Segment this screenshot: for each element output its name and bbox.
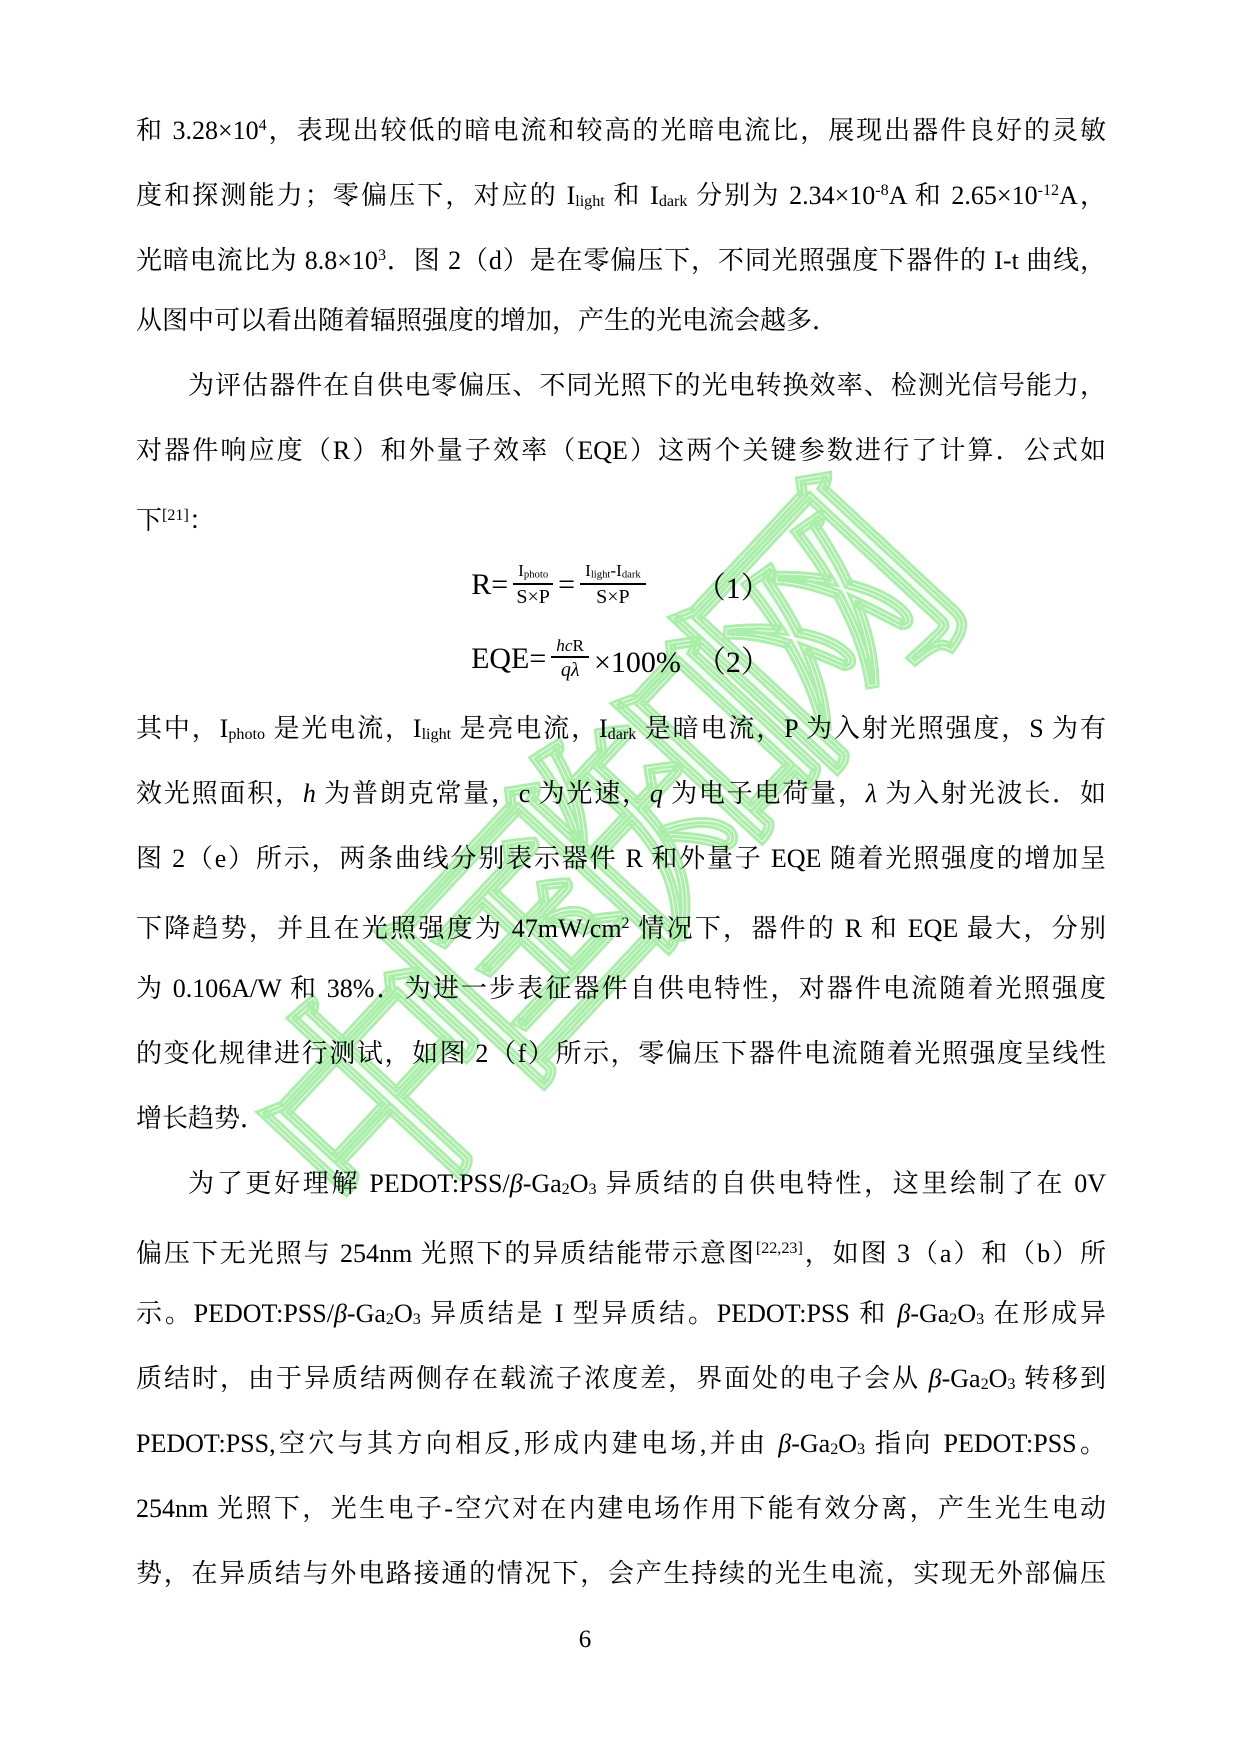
text-line: 增长趋势． [136,1086,1106,1151]
text-line: 其中，Iphoto 是光电流，Ilight 是亮电流，Idark 是暗电流，P … [136,696,1106,761]
paragraph: 和 3.28×104，表现出较低的暗电流和较高的光暗电流比，展现出器件良好的灵敏… [136,93,1106,353]
text-line: 下降趋势，并且在光照强度为 47mW/cm2 情况下，器件的 R 和 EQE 最… [136,891,1106,956]
text-line: 度和探测能力；零偏压下，对应的 Ilight 和 Idark 分别为 2.34×… [136,158,1106,223]
text-line: 图 2（e）所示，两条曲线分别表示器件 R 和外量子 EQE 随着光照强度的增加… [136,826,1106,891]
paragraph: 为了更好理解 PEDOT:PSS/β-Ga2O3 异质结的自供电特性，这里绘制了… [136,1151,1106,1606]
paragraph: 其中，Iphoto 是光电流，Ilight 是亮电流，Idark 是暗电流，P … [136,696,1106,1151]
text-line: 为 0.106A/W 和 38%．为进一步表征器件自供电特性，对器件电流随着光照… [136,956,1106,1021]
document-body: 和 3.28×104，表现出较低的暗电流和较高的光暗电流比，展现出器件良好的灵敏… [136,93,1106,1606]
text-line: 质结时，由于异质结两侧存在载流子浓度差，界面处的电子会从 β-Ga2O3 转移到 [136,1346,1106,1411]
equation-line: EQE=hcRqλ×100% （2） [136,622,1106,696]
fraction: hcRqλ [551,636,589,683]
text-line: 为了更好理解 PEDOT:PSS/β-Ga2O3 异质结的自供电特性，这里绘制了… [136,1151,1106,1216]
paragraph: 为评估器件在自供电零偏压、不同光照下的光电转换效率、检测光信号能力，对器件响应度… [136,353,1106,548]
fraction: Ilight-IdarkS×P [580,561,646,609]
text-line: 为评估器件在自供电零偏压、不同光照下的光电转换效率、检测光信号能力， [136,353,1106,418]
text-line: 下[21]： [136,483,1106,548]
page-number: 6 [136,1622,1106,1658]
text-line: 示。PEDOT:PSS/β-Ga2O3 异质结是 I 型异质结。PEDOT:PS… [136,1281,1106,1346]
equation-block: R=IphotoS×P=Ilight-IdarkS×P （1）EQE=hcRqλ… [136,548,1106,696]
text-line: 254nm 光照下，光生电子-空穴对在内建电场作用下能有效分离，产生光生电动 [136,1476,1106,1541]
text-line: 光暗电流比为 8.8×103．图 2（d）是在零偏压下，不同光照强度下器件的 I… [136,223,1106,288]
fraction: IphotoS×P [513,561,553,609]
text-line: 对器件响应度（R）和外量子效率（EQE）这两个关键参数进行了计算．公式如 [136,418,1106,483]
text-line: 的变化规律进行测试，如图 2（f）所示，零偏压下器件电流随着光照强度呈线性 [136,1021,1106,1086]
text-line: 效光照面积，h 为普朗克常量，c 为光速，q 为电子电荷量，λ 为入射光波长．如 [136,761,1106,826]
equation-line: R=IphotoS×P=Ilight-IdarkS×P （1） [136,548,1106,622]
document-page: 中国知网 和 3.28×104，表现出较低的暗电流和较高的光暗电流比，展现出器件… [0,0,1241,1754]
text-line: 偏压下无光照与 254nm 光照下的异质结能带示意图[22,23]，如图 3（a… [136,1216,1106,1281]
text-line: 从图中可以看出随着辐照强度的增加，产生的光电流会越多． [136,288,1106,353]
text-line: 势，在异质结与外电路接通的情况下，会产生持续的光生电流，实现无外部偏压 [136,1541,1106,1606]
text-line: 和 3.28×104，表现出较低的暗电流和较高的光暗电流比，展现出器件良好的灵敏 [136,93,1106,158]
text-line: PEDOT:PSS,空穴与其方向相反,形成内建电场,并由 β-Ga2O3 指向 … [136,1411,1106,1476]
